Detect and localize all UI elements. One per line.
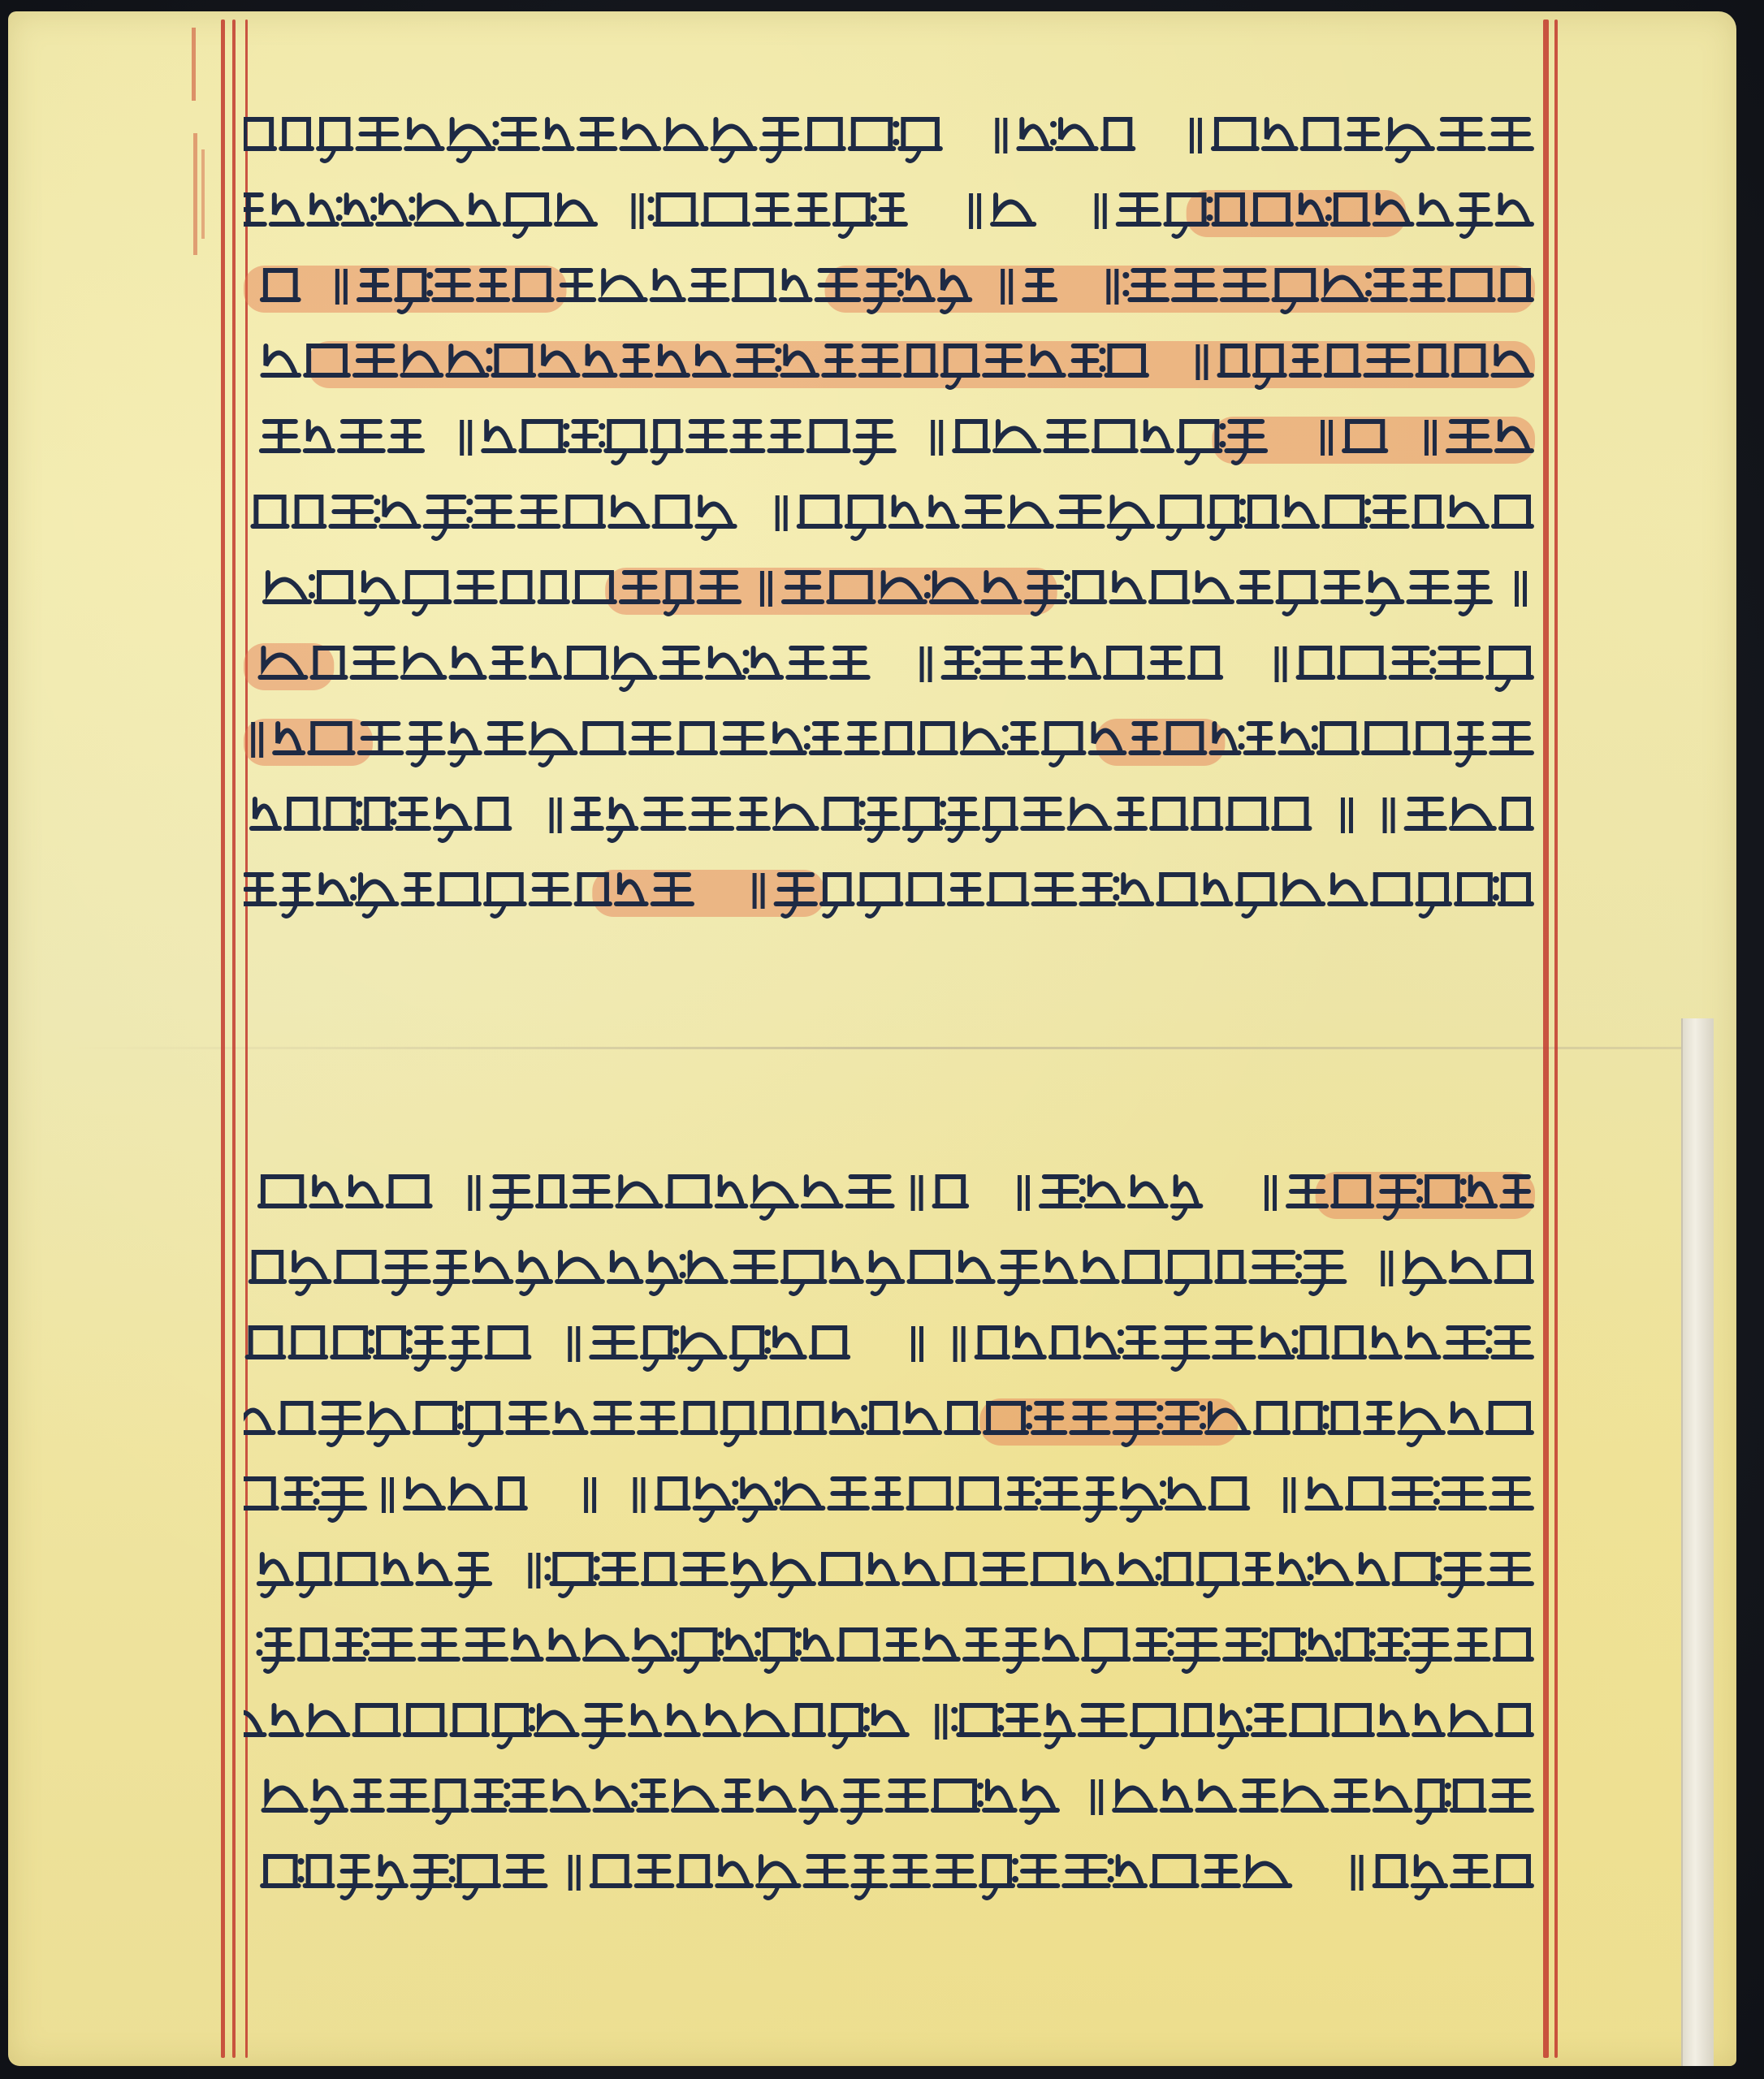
manuscript-line <box>244 1843 1535 1908</box>
left-margin-rule <box>232 19 236 2058</box>
manuscript-line <box>244 106 1535 171</box>
manuscript-line <box>244 1315 1535 1380</box>
manuscript-text <box>244 122 1535 1908</box>
margin-marks <box>188 28 213 271</box>
manuscript-line <box>244 1466 1535 1531</box>
manuscript-line <box>244 1617 1535 1682</box>
right-margin-rule <box>1543 19 1549 2058</box>
manuscript-line <box>244 484 1535 549</box>
manuscript-line <box>244 786 1535 851</box>
manuscript-line <box>244 862 1535 927</box>
page-edge-stack <box>1681 1018 1714 2066</box>
manuscript-line <box>244 635 1535 700</box>
manuscript-line <box>244 1239 1535 1304</box>
right-margin-rule <box>1554 19 1558 2058</box>
manuscript-line <box>244 1692 1535 1757</box>
manuscript-line <box>244 560 1535 625</box>
manuscript-line <box>244 1768 1535 1833</box>
manuscript-line <box>244 182 1535 247</box>
manuscript-line <box>244 333 1535 398</box>
manuscript-line <box>244 1390 1535 1455</box>
manuscript-line <box>244 1541 1535 1606</box>
manuscript-line <box>244 257 1535 322</box>
manuscript-line <box>244 408 1535 473</box>
manuscript-line <box>244 711 1535 776</box>
left-margin-rule <box>221 19 225 2058</box>
manuscript-line <box>244 1164 1535 1229</box>
